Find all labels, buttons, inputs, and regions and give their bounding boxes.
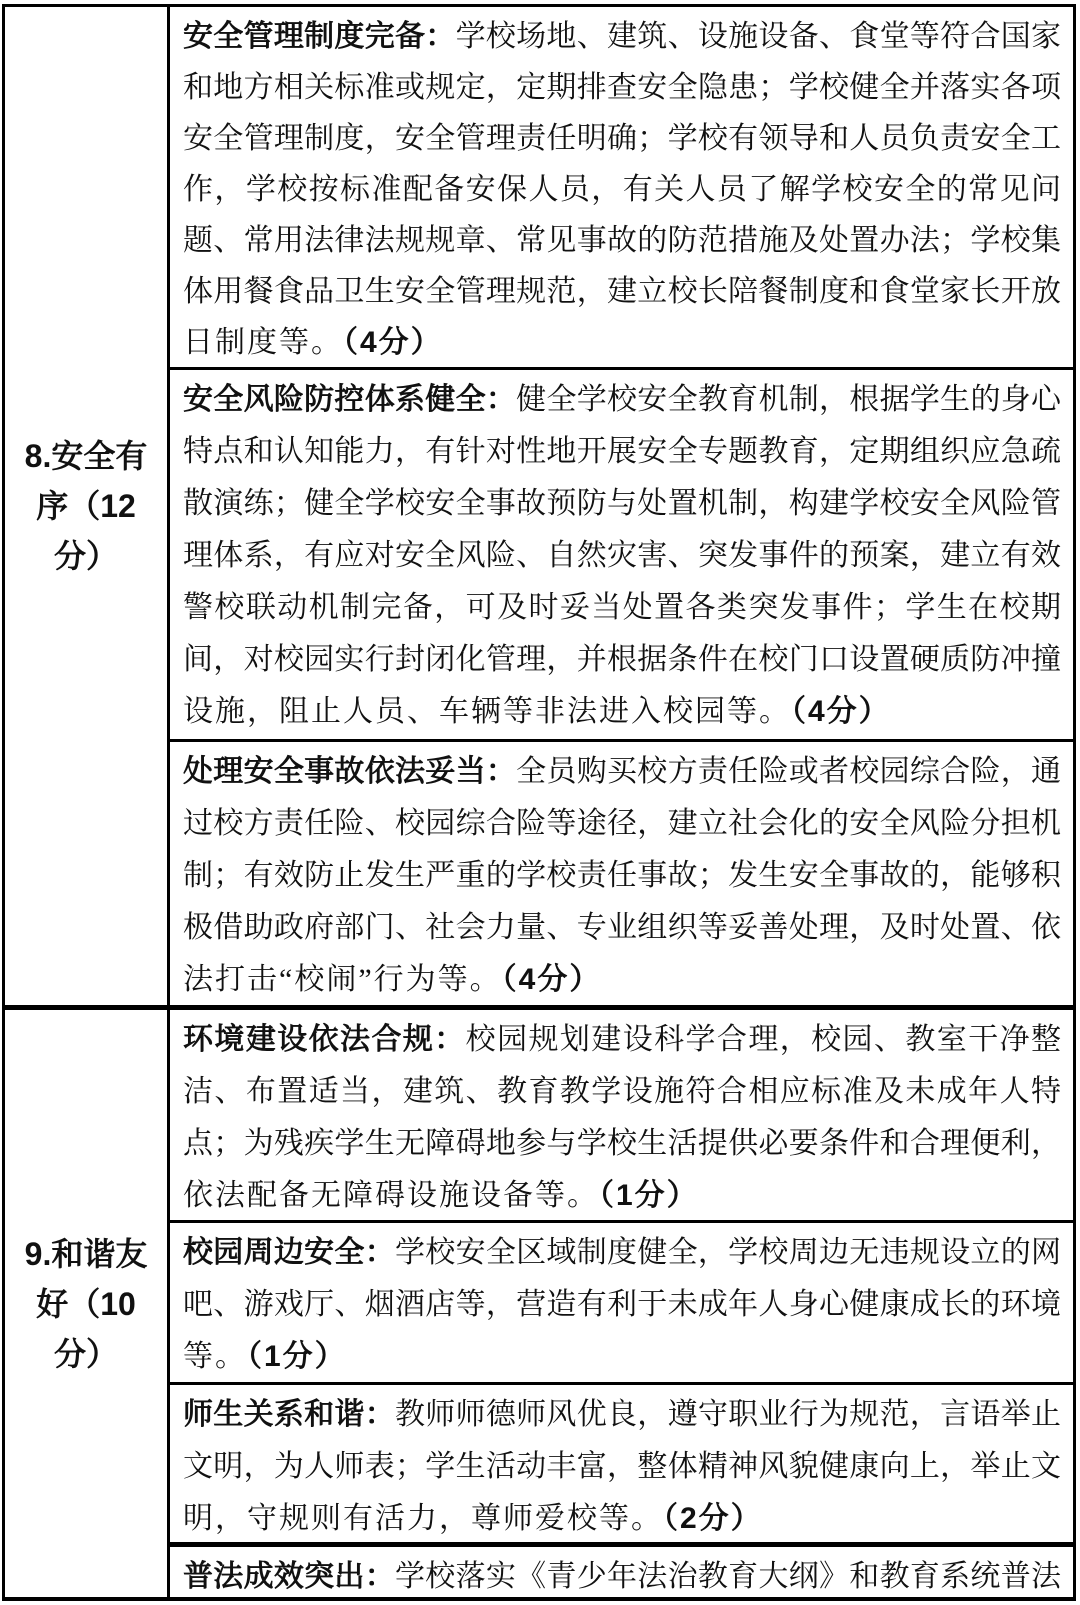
text-line: 理体系，有应对安全风险、自然灾害、突发事件的预案，建立有效 [183, 530, 1061, 582]
criterion-text: 学校场地、建筑、设施设备、食堂等符合国家 [456, 20, 1061, 53]
criterion-text: 文明，为人师表；学生活动丰富，整体精神风貌健康向上，举止文 [183, 1450, 1061, 1483]
text-line: 吧、游戏厅、烟酒店等，营造有利于未成年人身心健康成长的环境 [183, 1279, 1061, 1331]
criterion-text: 特点和认知能力，有针对性地开展安全专题教育，定期组织应急疏 [183, 435, 1061, 468]
criterion-text: 设施，阻止人员、车辆等非法进入校园等。 [183, 695, 791, 728]
criterion-text: 健全学校安全教育机制，根据学生的身心 [516, 383, 1061, 416]
criterion-text: 极借助政府部门、社会力量、专业组织等妥善处理，及时处置、依 [183, 911, 1061, 944]
category-label-line: 9.和谐友 [25, 1229, 148, 1279]
text-line: 警校联动机制完备，可及时妥当处置各类突发事件；学生在校期 [183, 582, 1061, 634]
criterion-text: 间，对校园实行封闭化管理，并根据条件在校门口设置硬质防冲撞 [183, 643, 1061, 676]
score-label: （4分） [791, 695, 891, 728]
criterion-title: 普法成效突出： [183, 1560, 395, 1593]
criterion-text: 理体系，有应对安全风险、自然灾害、突发事件的预案，建立有效 [183, 539, 1061, 572]
criterion-text: 校园规划建设科学合理，校园、教室干净整 [466, 1023, 1061, 1056]
criterion-text: 散演练；健全学校安全事故预防与处置机制，构建学校安全风险管 [183, 487, 1061, 520]
score-label: （4分） [343, 326, 443, 359]
text-line: 日制度等。（4分） [183, 317, 1061, 368]
text-line: 制；有效防止发生严重的学校责任事故；发生安全事故的，能够积 [183, 850, 1061, 902]
criterion-text: 依法配备无障碍设施设备等。 [183, 1179, 599, 1212]
criterion-text: 洁、布置适当，建筑、教育教学设施符合相应标准及未成年人特 [183, 1075, 1061, 1108]
text-line: 普法成效突出：学校落实《青少年法治教育大纲》和教育系统普法 [183, 1551, 1061, 1597]
text-line: 极借助政府部门、社会力量、专业组织等妥善处理，及时处置、依 [183, 902, 1061, 954]
criterion-text: 教师师德师风优良，遵守职业行为规范，言语举止 [395, 1398, 1061, 1431]
criterion-text: 和地方相关标准或规定，定期排查安全隐患；学校健全并落实各项 [183, 71, 1061, 104]
text-line: 处理安全事故依法妥当：全员购买校方责任险或者校园综合险，通 [183, 746, 1061, 798]
criterion-cell-environment-construction: 环境建设依法合规：校园规划建设科学合理，校园、教室干净整 洁、布置适当，建筑、教… [170, 1010, 1073, 1223]
criterion-cell-campus-surroundings: 校园周边安全：学校安全区域制度健全，学校周边无违规设立的网 吧、游戏厅、烟酒店等… [170, 1223, 1073, 1385]
category-label-line: 好（10 [36, 1279, 136, 1329]
criterion-cell-law-education: 普法成效突出：学校落实《青少年法治教育大纲》和教育系统普法 [170, 1547, 1073, 1597]
category-label-line: 分） [54, 531, 118, 581]
criterion-text: 警校联动机制完备，可及时妥当处置各类突发事件；学生在校期 [183, 591, 1061, 624]
text-line: 等。（1分） [183, 1331, 1061, 1383]
criterion-text: 题、常用法律法规规章、常见事故的防范措施及处置办法；学校集 [183, 224, 1061, 257]
text-line: 作，学校按标准配备安保人员，有关人员了解学校安全的常见问 [183, 164, 1061, 215]
criterion-cell-risk-prevention-system: 安全风险防控体系健全：健全学校安全教育机制，根据学生的身心 特点和认知能力，有针… [170, 370, 1073, 742]
text-line: 法打击“校闹”行为等。（4分） [183, 954, 1061, 1006]
criterion-text: 全员购买校方责任险或者校园综合险，通 [516, 755, 1061, 788]
criterion-text: 点；为残疾学生无障碍地参与学校生活提供必要条件和合理便利， [183, 1127, 1061, 1160]
text-line: 安全风险防控体系健全：健全学校安全教育机制，根据学生的身心 [183, 374, 1061, 426]
criterion-title: 师生关系和谐： [183, 1398, 395, 1431]
text-line: 洁、布置适当，建筑、教育教学设施符合相应标准及未成年人特 [183, 1066, 1061, 1118]
criterion-text: 学校安全区域制度健全，学校周边无违规设立的网 [395, 1236, 1061, 1269]
category-label-line: 序（12 [36, 481, 136, 531]
criterion-title: 安全风险防控体系健全： [183, 383, 516, 416]
score-label: （2分） [663, 1502, 763, 1535]
category-cell-harmony-friendly: 9.和谐友 好（10 分） [5, 1010, 170, 1597]
text-line: 安全管理制度，安全管理责任明确；学校有领导和人员负责安全工 [183, 113, 1061, 164]
criterion-title: 安全管理制度完备： [183, 20, 456, 53]
criterion-text: 法打击“校闹”行为等。 [183, 963, 502, 996]
criterion-cell-accident-handling: 处理安全事故依法妥当：全员购买校方责任险或者校园综合险，通 过校方责任险、校园综… [170, 742, 1073, 1010]
category-label-line: 分） [54, 1329, 118, 1379]
criterion-text: 学校落实《青少年法治教育大纲》和教育系统普法 [395, 1560, 1061, 1593]
criterion-text: 日制度等。 [183, 326, 343, 359]
criterion-text: 等。 [183, 1340, 247, 1373]
category-cell-safety-order: 8.安全有 序（12 分） [5, 7, 170, 1010]
criterion-text: 过校方责任险、校园综合险等途径，建立社会化的安全风险分担机 [183, 807, 1061, 840]
text-line: 明，守规则有活力，尊师爱校等。（2分） [183, 1493, 1061, 1545]
criterion-title: 处理安全事故依法妥当： [183, 755, 516, 788]
criterion-cell-safety-management-system: 安全管理制度完备：学校场地、建筑、设施设备、食堂等符合国家 和地方相关标准或规定… [170, 7, 1073, 370]
text-line: 点；为残疾学生无障碍地参与学校生活提供必要条件和合理便利， [183, 1118, 1061, 1170]
criterion-text: 明，守规则有活力，尊师爱校等。 [183, 1502, 663, 1535]
criterion-text: 制；有效防止发生严重的学校责任事故；发生安全事故的，能够积 [183, 859, 1061, 892]
score-label: （1分） [599, 1179, 699, 1212]
criterion-text: 安全管理制度，安全管理责任明确；学校有领导和人员负责安全工 [183, 122, 1061, 155]
text-line: 过校方责任险、校园综合险等途径，建立社会化的安全风险分担机 [183, 798, 1061, 850]
text-line: 依法配备无障碍设施设备等。（1分） [183, 1170, 1061, 1222]
evaluation-table: 8.安全有 序（12 分） 安全管理制度完备：学校场地、建筑、设施设备、食堂等符… [2, 4, 1076, 1601]
text-line: 体用餐食品卫生安全管理规范，建立校长陪餐制度和食堂家长开放 [183, 266, 1061, 317]
criterion-cell-teacher-student-relations: 师生关系和谐：教师师德师风优良，遵守职业行为规范，言语举止 文明，为人师表；学生… [170, 1385, 1073, 1547]
text-line: 和地方相关标准或规定，定期排查安全隐患；学校健全并落实各项 [183, 62, 1061, 113]
text-line: 题、常用法律法规规章、常见事故的防范措施及处置办法；学校集 [183, 215, 1061, 266]
text-line: 间，对校园实行封闭化管理，并根据条件在校门口设置硬质防冲撞 [183, 634, 1061, 686]
text-line: 散演练；健全学校安全事故预防与处置机制，构建学校安全风险管 [183, 478, 1061, 530]
criterion-title: 校园周边安全： [183, 1236, 395, 1269]
score-label: （4分） [502, 963, 602, 996]
text-line: 特点和认知能力，有针对性地开展安全专题教育，定期组织应急疏 [183, 426, 1061, 478]
text-line: 安全管理制度完备：学校场地、建筑、设施设备、食堂等符合国家 [183, 11, 1061, 62]
text-line: 校园周边安全：学校安全区域制度健全，学校周边无违规设立的网 [183, 1227, 1061, 1279]
text-line: 师生关系和谐：教师师德师风优良，遵守职业行为规范，言语举止 [183, 1389, 1061, 1441]
text-line: 环境建设依法合规：校园规划建设科学合理，校园、教室干净整 [183, 1014, 1061, 1066]
score-label: （1分） [247, 1340, 347, 1373]
criterion-text: 吧、游戏厅、烟酒店等，营造有利于未成年人身心健康成长的环境 [183, 1288, 1061, 1321]
text-line: 文明，为人师表；学生活动丰富，整体精神风貌健康向上，举止文 [183, 1441, 1061, 1493]
text-line: 设施，阻止人员、车辆等非法进入校园等。（4分） [183, 686, 1061, 738]
criterion-text: 体用餐食品卫生安全管理规范，建立校长陪餐制度和食堂家长开放 [183, 275, 1061, 308]
criterion-text: 作，学校按标准配备安保人员，有关人员了解学校安全的常见问 [183, 173, 1061, 206]
criterion-title: 环境建设依法合规： [183, 1023, 466, 1056]
category-label-line: 8.安全有 [25, 431, 148, 481]
